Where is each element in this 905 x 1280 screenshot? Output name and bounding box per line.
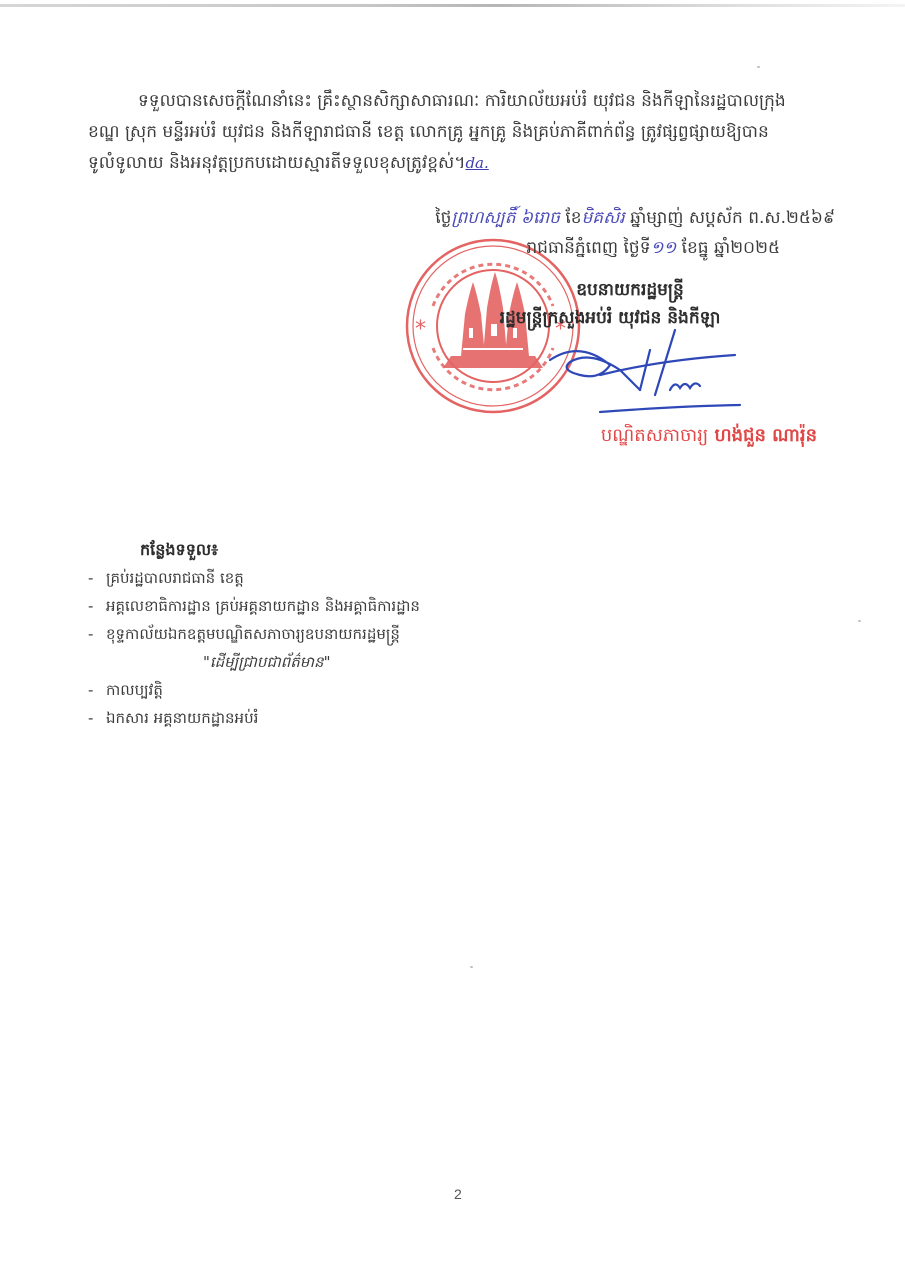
place-date-prefix: រាជធានីភ្នំពេញ ថ្ងៃទី	[526, 238, 650, 258]
scan-speck	[858, 620, 861, 622]
day-handwritten: ១១	[650, 238, 676, 258]
recipient-item: - គ្រប់រដ្ឋបាលរាជធានី ខេត្ត	[88, 564, 588, 592]
recipient-item: - កាលប្បវត្តិ	[88, 676, 588, 704]
recipient-note-text: "ដើម្បីជ្រាបជាព័ត៌មាន"	[203, 648, 330, 676]
recipient-text: គ្រប់រដ្ឋបាលរាជធានី ខេត្ត	[106, 564, 244, 592]
scan-speck	[470, 966, 473, 968]
signer-honorific: បណ្ឌិតសភាចារ្យ	[601, 425, 708, 446]
recipient-text: អគ្គលេខាធិការដ្ឋាន គ្រប់អគ្គនាយកដ្ឋាន និ…	[106, 592, 420, 620]
lunar-month-prefix: ខែ	[565, 208, 581, 228]
month-year: ខែធ្នូ ឆ្នាំ២០២៥	[682, 238, 780, 258]
scan-speck	[757, 66, 760, 68]
lunar-day-prefix: ថ្ងៃ	[435, 208, 451, 228]
recipient-text: កាលប្បវត្តិ	[106, 676, 163, 704]
bullet-dash: -	[88, 620, 106, 648]
bullet-dash: -	[88, 676, 106, 704]
signer-name: បណ្ឌិតសភាចារ្យ ហង់ជួន ណារ៉ុន	[601, 423, 817, 450]
recipients-list: កន្លែងទទួល៖ - គ្រប់រដ្ឋបាលរាជធានី ខេត្ត …	[88, 536, 588, 732]
lunar-month-handwritten: មិគសិរ	[582, 208, 625, 228]
bullet-dash: -	[88, 592, 106, 620]
recipient-text: ខុទ្ទកាល័យឯកឧត្តមបណ្ឌិតសភាចារ្យឧបនាយករដ្…	[106, 620, 400, 648]
lunar-date-line: ថ្ងៃព្រហស្បតិ៍ ៦រោច ខែមិគសិរ ឆ្នាំម្សាញ់…	[435, 203, 835, 233]
date-block: ថ្ងៃព្រហស្បតិ៍ ៦រោច ខែមិគសិរ ឆ្នាំម្សាញ់…	[435, 203, 835, 263]
bullet-dash: -	[88, 704, 106, 732]
signer-fullname: ហង់ជួន ណារ៉ុន	[714, 425, 817, 446]
handwritten-initials: da.	[465, 154, 488, 172]
body-paragraph: ទទួលបានសេចក្តីណែនាំនេះ គ្រឹះស្ថានសិក្សាស…	[88, 86, 848, 179]
recipient-text: ឯកសារ អគ្គនាយកដ្ឋានអប់រំ	[106, 704, 258, 732]
position-deputy-pm: ឧបនាយករដ្ឋមន្ត្រី	[410, 276, 810, 304]
body-line-2: ខណ្ឌ ស្រុក មន្ទីរអប់រំ យុវជន និងកីឡារាជធ…	[88, 117, 848, 148]
recipient-item: - អគ្គលេខាធិការដ្ឋាន គ្រប់អគ្គនាយកដ្ឋាន …	[88, 592, 588, 620]
lunar-year: ឆ្នាំម្សាញ់ សប្តស័ក ព.ស.២៥៦៩	[630, 208, 835, 228]
page-number: 2	[454, 1186, 462, 1202]
recipient-note: "ដើម្បីជ្រាបជាព័ត៌មាន"	[88, 648, 588, 676]
recipients-heading: កន្លែងទទួល៖	[88, 536, 588, 564]
signature-icon	[540, 320, 760, 420]
body-line-3: ទូលំទូលាយ និងអនុវត្តប្រកបដោយស្មារតីទទួលខ…	[88, 148, 848, 179]
recipient-item: - ឯកសារ អគ្គនាយកដ្ឋានអប់រំ	[88, 704, 588, 732]
scan-edge-line	[0, 4, 905, 7]
body-line-3-text: ទូលំទូលាយ និងអនុវត្តប្រកបដោយស្មារតីទទួលខ…	[88, 153, 465, 173]
bullet-dash: -	[88, 564, 106, 592]
lunar-weekday-handwritten: ព្រហស្បតិ៍ ៦រោច	[451, 208, 560, 228]
place-date-line: រាជធានីភ្នំពេញ ថ្ងៃទី១១ ខែធ្នូ ឆ្នាំ២០២៥	[435, 233, 835, 263]
recipient-item: - ខុទ្ទកាល័យឯកឧត្តមបណ្ឌិតសភាចារ្យឧបនាយករ…	[88, 620, 588, 648]
body-line-1: ទទួលបានសេចក្តីណែនាំនេះ គ្រឹះស្ថានសិក្សាស…	[88, 86, 848, 117]
